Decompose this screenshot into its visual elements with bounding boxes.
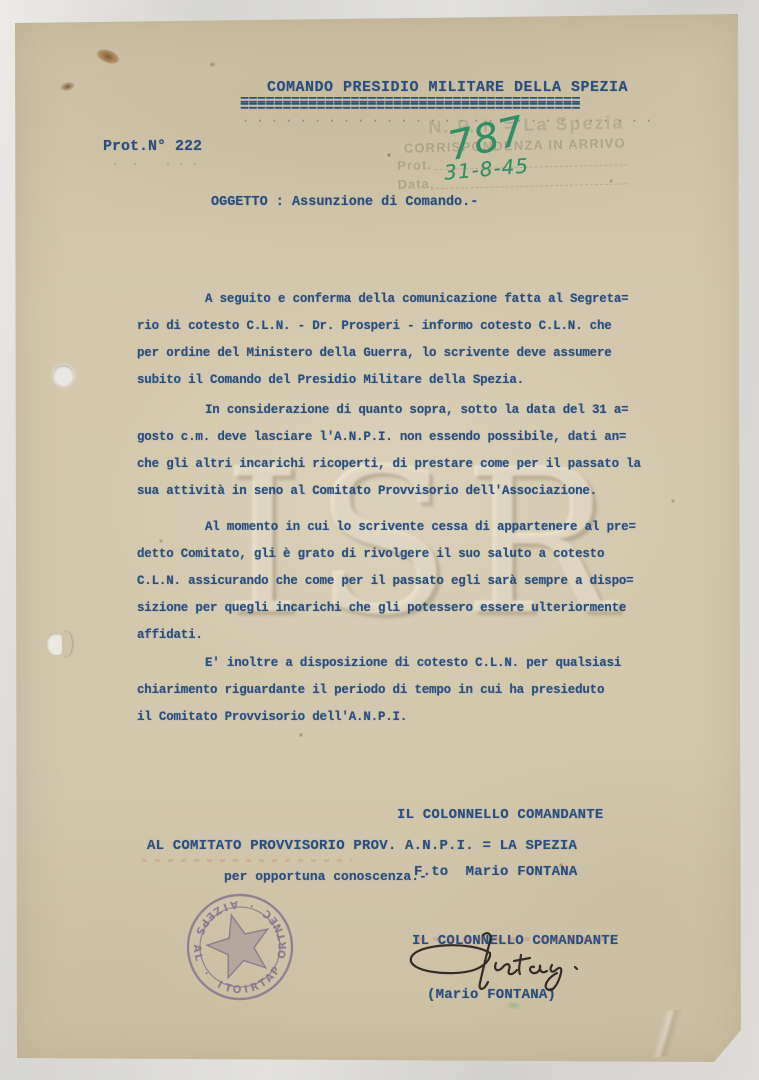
protocol-number: Prot.N° 222 [103, 138, 202, 155]
letterhead-rule: ======================================== [240, 103, 612, 113]
svg-text:O: O [232, 984, 242, 997]
signer-title: IL COLONNELLO COMANDANTE [397, 806, 603, 825]
recipient-line: AL COMITATO PROVVISORIO PROV. A.N.P.I. =… [147, 838, 577, 854]
text-line: A seguito e conferma della comunicazione… [137, 292, 628, 319]
paragraph-2: In considerazione di quanto sopra, sotto… [137, 403, 641, 511]
text-line: che gli altri incarichi ricoperti, di pr… [137, 457, 641, 484]
letter-paper: ISR COMANDO PRESIDIO MILITARE DELLA SPEZ… [0, 0, 759, 1080]
text-line: il Comitato Provvisorio dell'A.N.P.I. [137, 710, 621, 737]
arrival-stamp-rule [436, 183, 628, 189]
signature-strokes [411, 933, 577, 990]
protocol-dots: · · · · · [112, 159, 198, 171]
letterhead-title: COMANDO PRESIDIO MILITARE DELLA SPEZIA [267, 79, 628, 96]
text-line: detto Comitato, gli è grato di rivolgere… [137, 547, 636, 574]
text-line: subito il Comando del Presidio Militare … [137, 373, 628, 400]
subject-line: OGGETTO : Assunzione di Comando.- [211, 195, 478, 210]
text-line: gosto c.m. deve lasciare l'A.N.P.I. non … [137, 430, 641, 457]
rust-stain [59, 80, 76, 93]
text-line: E' inoltre a disposizione di cotesto C.L… [137, 656, 621, 683]
svg-text:I: I [243, 983, 249, 995]
text-line: rio di cotesto C.L.N. - Dr. Prosperi - i… [137, 319, 628, 346]
text-line: sua attività in seno al Comitato Provvis… [137, 484, 641, 511]
text-line: sizione per quegli incarichi che gli pot… [137, 601, 636, 628]
rust-stain [123, 13, 133, 20]
signer-name: F.to Mario FONTANA [397, 863, 603, 882]
rust-stain [94, 46, 121, 67]
red-ink-residue [142, 859, 352, 862]
document-scan: ISR COMANDO PRESIDIO MILITARE DELLA SPEZ… [0, 0, 759, 1080]
svg-text:R: R [277, 941, 289, 950]
text-line: In considerazione di quanto sopra, sotto… [137, 403, 641, 430]
rust-stain [209, 62, 216, 67]
arrival-stamp-data-label: Data, [398, 176, 435, 192]
text-line: per ordine del Ministero della Guerra, l… [137, 346, 628, 373]
paragraph-1: A seguito e conferma della comunicazione… [137, 292, 628, 400]
arrival-stamp-prot-label: Prot. [397, 157, 432, 173]
text-line: C.L.N. assicurando che come per il passa… [137, 574, 636, 601]
svg-text:A: A [228, 898, 239, 911]
text-line: affidati. [137, 628, 636, 655]
text-line: Al momento in cui lo scrivente cessa di … [137, 520, 636, 547]
svg-text:I: I [215, 979, 224, 991]
paper-specks [0, 0, 2, 2]
svg-text:A: A [191, 944, 203, 953]
text-line: chiarimento riguardante il periodo di te… [137, 683, 621, 710]
svg-text:O: O [276, 949, 289, 960]
handwritten-signature [400, 925, 590, 1005]
paragraph-4: E' inoltre a disposizione di cotesto C.L… [137, 656, 621, 737]
round-stamp: CENTRO PATRIOTI · LA SPEZIA · [184, 891, 296, 1003]
punch-hole-flap [62, 632, 72, 656]
recipient-note: per opportuna conoscenza.- [224, 869, 427, 884]
punch-hole [53, 365, 74, 386]
paragraph-3: Al momento in cui lo scrivente cessa di … [137, 520, 636, 655]
